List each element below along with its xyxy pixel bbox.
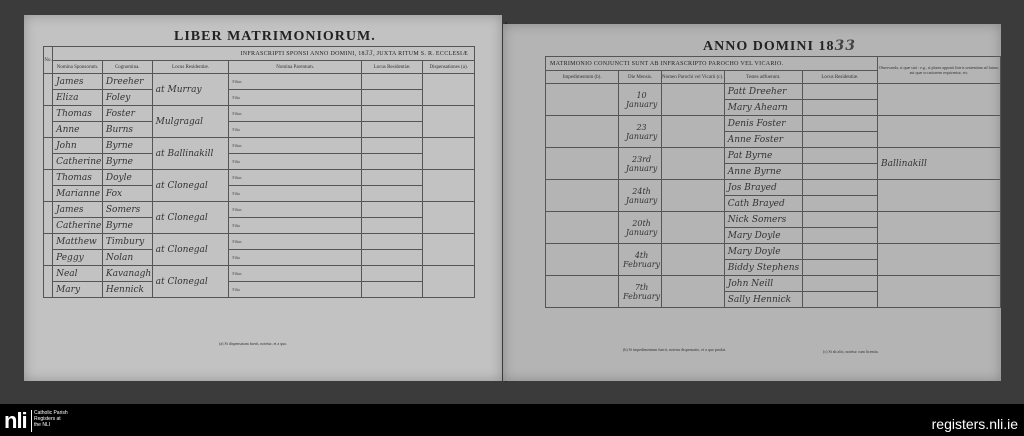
footnote-a: (a) Si dispensatum fuerit, notetur, et a… xyxy=(219,341,287,346)
marriage-register-table-left: No. INFRASCRIPTI SPONSI ANNO DOMINI, 183… xyxy=(43,46,475,298)
table-row: 23rd January Pat Byrne Ballinakill xyxy=(546,148,1001,164)
handwritten-year: 33 xyxy=(365,50,373,57)
column-header-nomen-parochi: Nomen Parochi vel Vicarii (c). xyxy=(661,71,724,84)
header-band-left: INFRASCRIPTI SPONSI ANNO DOMINI, 1833, J… xyxy=(53,47,475,61)
page-title-liber-matrimoniorum: LIBER MATRIMONIORUM. xyxy=(174,29,376,45)
footnote-c: (c) Si ab alio, notetur cum licentia. xyxy=(823,349,879,354)
column-header-nomina-parentum: Nomina Parentum. xyxy=(229,61,361,74)
table-row: 4th February Mary Doyle xyxy=(546,244,1001,260)
handwritten-year: 33 xyxy=(834,38,855,54)
table-row: Marianne Fox Filia xyxy=(44,186,475,202)
table-row: Catherine Byrne Filia xyxy=(44,218,475,234)
footer-bar xyxy=(0,404,1024,436)
table-row: 24th January Jos Brayed xyxy=(546,180,1001,196)
table-row: John Byrne at Ballinakill Filius xyxy=(44,138,475,154)
column-header-impedimentum: Impedimentum (b). xyxy=(546,71,619,84)
column-header-locus-residentiae: Locus Residentiæ. xyxy=(152,61,229,74)
table-row: Anne Burns Filia xyxy=(44,122,475,138)
table-row: Peggy Nolan Filia xyxy=(44,250,475,266)
table-row: 23 January Denis Foster xyxy=(546,116,1001,132)
marriage-register-table-right: MATRIMONIO CONJUNCTI SUNT AB INFRASCRIPT… xyxy=(545,56,1001,308)
table-row: Thomas Doyle at Clonegal Filius xyxy=(44,170,475,186)
column-header-die-mensis: Die Mensis. xyxy=(619,71,661,84)
table-row: Matthew Timbury at Clonegal Filius xyxy=(44,234,475,250)
column-header-dispensationes: Dispensationes (a). xyxy=(423,61,475,74)
logo-caption: Catholic Parish Registers at the NLI xyxy=(34,410,68,428)
column-header-cognomina: Cognomina. xyxy=(102,61,152,74)
column-header-locus-residentiae-parents: Locus Residentiæ. xyxy=(361,61,423,74)
register-page-right: ANNO DOMINI 1833 MATRIMONIO CONJUNCTI SU… xyxy=(503,24,1001,381)
table-row: Eliza Foley Filia xyxy=(44,90,475,106)
column-header-locus-residentiae: Locus Residentiæ. xyxy=(802,71,877,84)
table-row: Thomas Foster Mulgragal Filius xyxy=(44,106,475,122)
table-row: Mary Hennick Filia xyxy=(44,282,475,298)
column-header-observanda: Observanda, si quæ sint : e.g., si plure… xyxy=(878,57,1001,84)
table-row: 10 January Patt Dreeher xyxy=(546,84,1001,100)
table-row: Neal Kavanagh at Clonegal Filius xyxy=(44,266,475,282)
table-row: 20th January Nick Somers xyxy=(546,212,1001,228)
register-page-left: LIBER MATRIMONIORUM. No. INFRASCRIPTI SP… xyxy=(24,15,502,381)
table-row: James Somers at Clonegal Filius xyxy=(44,202,475,218)
nli-logo[interactable]: nli xyxy=(4,410,27,432)
table-row: 7th February John Neill xyxy=(546,276,1001,292)
page-title-anno-domini: ANNO DOMINI 1833 xyxy=(703,38,856,55)
table-row: James Dreeher at Murray Filius xyxy=(44,74,475,90)
column-header-testes: Testes adfuerunt. xyxy=(724,71,802,84)
header-band-right: MATRIMONIO CONJUNCTI SUNT AB INFRASCRIPT… xyxy=(546,57,878,71)
table-row: Catherine Byrne Filia xyxy=(44,154,475,170)
footnote-b: (b) Si impedimentum fuerit, notetur disp… xyxy=(623,347,726,352)
site-link[interactable]: registers.nli.ie xyxy=(932,416,1018,432)
column-header-nomina-sponsorum: Nomina Sponsorum. xyxy=(53,61,103,74)
image-viewer[interactable]: LIBER MATRIMONIORUM. No. INFRASCRIPTI SP… xyxy=(0,0,1024,404)
number-column-header: No. xyxy=(44,47,53,74)
logo-divider xyxy=(31,410,32,432)
